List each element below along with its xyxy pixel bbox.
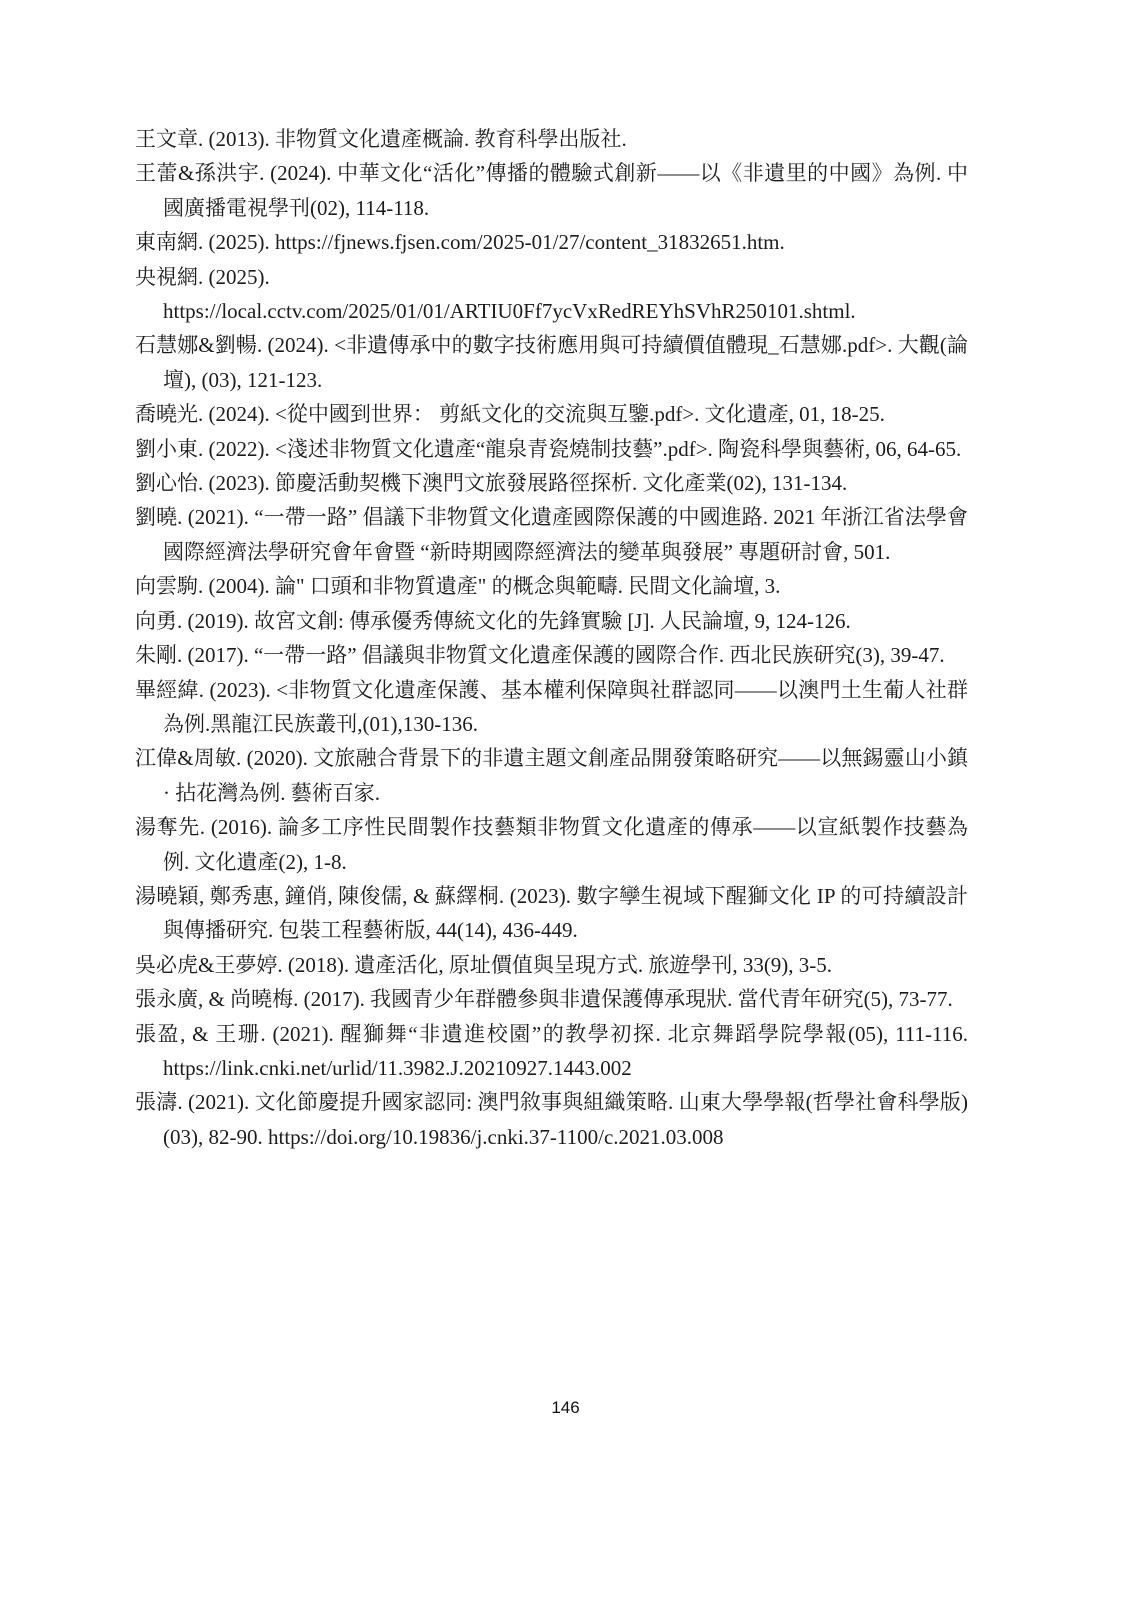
reference-entry: 向勇. (2019). 故宮文創: 傳承優秀傳統文化的先鋒實驗 [J]. 人民論… [135, 604, 968, 638]
reference-list: 王文章. (2013). 非物質文化遺產概論. 教育科學出版社.王蕾&孫洪宇. … [135, 122, 968, 1154]
reference-entry: 湯曉穎, 鄭秀惠, 鐘俏, 陳俊儒, & 蘇繹桐. (2023). 數字孿生視域… [135, 879, 968, 948]
reference-entry: 張濤. (2021). 文化節慶提升國家認同: 澳門敘事與組織策略. 山東大學學… [135, 1085, 968, 1154]
reference-entry: 向雲駒. (2004). 論" 口頭和非物質遺產" 的概念與範疇. 民間文化論壇… [135, 569, 968, 603]
reference-entry: 張永廣, & 尚曉梅. (2017). 我國青少年群體參與非遺保護傳承現狀. 當… [135, 982, 968, 1016]
reference-entry: 劉曉. (2021). “一帶一路” 倡議下非物質文化遺產國際保護的中國進路. … [135, 500, 968, 569]
reference-entry: 畢經緯. (2023). <非物質文化遺產保護、基本權利保障與社群認同——以澳門… [135, 673, 968, 742]
reference-entry: 喬曉光. (2024). <從中國到世界： 剪紙文化的交流與互鑒.pdf>. 文… [135, 397, 968, 431]
reference-entry: 央視網. (2025). https://local.cctv.com/2025… [135, 260, 968, 329]
reference-entry: 劉心怡. (2023). 節慶活動契機下澳門文旅發展路徑探析. 文化產業(02)… [135, 466, 968, 500]
reference-entry: 湯奪先. (2016). 論多工序性民間製作技藝類非物質文化遺產的傳承——以宣紙… [135, 810, 968, 879]
reference-entry: 朱剛. (2017). “一帶一路” 倡議與非物質文化遺產保護的國際合作. 西北… [135, 638, 968, 672]
reference-entry: 張盈, & 王珊. (2021). 醒獅舞“非遺進校園”的教學初探. 北京舞蹈學… [135, 1017, 968, 1086]
reference-entry: 王蕾&孫洪宇. (2024). 中華文化“活化”傳播的體驗式創新——以《非遺里的… [135, 156, 968, 225]
reference-entry: 王文章. (2013). 非物質文化遺產概論. 教育科學出版社. [135, 122, 968, 156]
reference-entry: 江偉&周敏. (2020). 文旅融合背景下的非遺主題文創產品開發策略研究——以… [135, 741, 968, 810]
document-page: 王文章. (2013). 非物質文化遺產概論. 教育科學出版社.王蕾&孫洪宇. … [0, 0, 1131, 1600]
page-number: 146 [0, 1398, 1131, 1418]
reference-entry: 劉小東. (2022). <淺述非物質文化遺產“龍泉青瓷燒制技藝”.pdf>. … [135, 432, 968, 466]
reference-entry: 石慧娜&劉暢. (2024). <非遺傳承中的數字技術應用與可持續價值體現_石慧… [135, 328, 968, 397]
reference-entry: 吳必虎&王夢婷. (2018). 遺產活化, 原址價值與呈現方式. 旅遊學刊, … [135, 948, 968, 982]
reference-entry: 東南網. (2025). https://fjnews.fjsen.com/20… [135, 225, 968, 259]
